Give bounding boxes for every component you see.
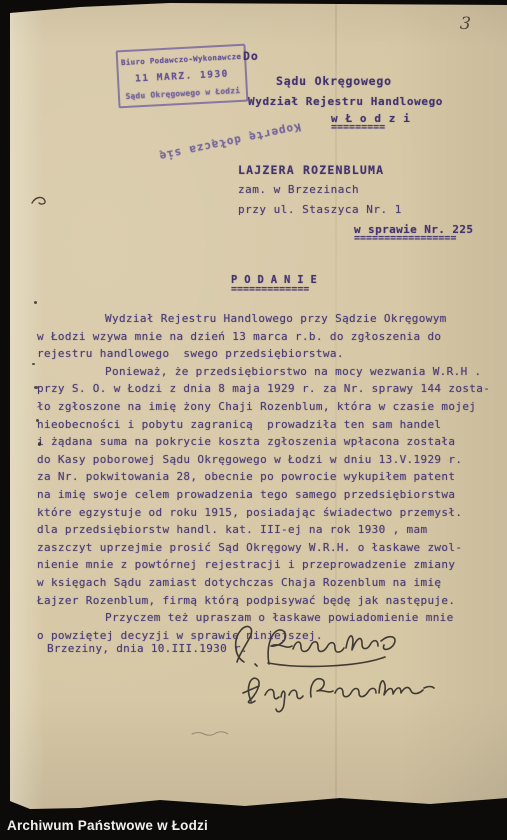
pencil-smudge xyxy=(190,728,230,738)
margin-dot xyxy=(32,363,35,365)
body-line: w Łodzi wzywa mnie na dzień 13 marca r.b… xyxy=(37,328,499,346)
body-line: i żądana suma na pokrycie koszta zgłosze… xyxy=(37,433,499,451)
document-scan: Biuro Podawczo-Wykonawcze 11 MARZ. 1930 … xyxy=(0,0,507,840)
body-line: do Kasy poborowej Sądu Okręgowego w Łodz… xyxy=(37,451,499,469)
recipient-city-underline: ========= xyxy=(331,125,385,131)
body-line: które egzystuje od roku 1915, posiadając… xyxy=(37,504,499,522)
body-line: zaszczyt uprzejmie prosić Sąd Okręgowy W… xyxy=(37,539,499,557)
body-line: nieobecności i pobytu zagranicą prowadzi… xyxy=(37,416,499,434)
archive-footer-bar: Archiwum Państwowe w Łodzi xyxy=(0,810,507,840)
registry-stamp-court: Sądu Okręgowego w Łodzi xyxy=(125,85,240,100)
body-lines: Wydział Rejestru Handlowego przy Sądzie … xyxy=(37,310,499,644)
registry-stamp-office: Biuro Podawczo-Wykonawcze xyxy=(121,51,242,66)
body-line: w księgach Sądu zamiast dotychczas Chaja… xyxy=(37,574,499,592)
body-line: Wydział Rejestru Handlowego przy Sądzie … xyxy=(37,310,499,328)
body-line: przy S. O. w Łodzi z dnia 8 maja 1929 r.… xyxy=(37,380,499,398)
registry-stamp: Biuro Podawczo-Wykonawcze 11 MARZ. 1930 … xyxy=(116,44,249,109)
recipient-salutation: Do xyxy=(243,49,259,63)
heading-underline: ============= xyxy=(231,287,309,293)
paper: Biuro Podawczo-Wykonawcze 11 MARZ. 1930 … xyxy=(10,0,507,812)
body-line: nienie mnie z powtórnej rejestracji i pr… xyxy=(37,556,499,574)
body-line: Łajzer Rozenblum, firmą którą podpisywać… xyxy=(37,592,499,610)
body-line: dla przedsiębiorstw handl. kat. III-ej n… xyxy=(37,521,499,539)
signature-2 xyxy=(236,666,436,714)
registry-stamp-date: 11 MARZ. 1930 xyxy=(135,68,229,84)
margin-curl-mark xyxy=(30,194,50,208)
body-line: ło zgłoszone na imię żony Chaji Rozenblu… xyxy=(37,398,499,416)
margin-dot xyxy=(36,419,39,422)
recipient-court: Sądu Okręgowego xyxy=(276,74,392,88)
margin-dot xyxy=(34,386,38,389)
note-stamp: Kopertę dołącza się xyxy=(140,117,302,166)
petitioner-name: LAJZERA ROZENBLUMA xyxy=(238,163,384,177)
date-place-line: Brzeziny, dnia 10.III.1930 r. xyxy=(47,642,248,655)
body-line: za Nr. pokwitowania 28, obecnie po powro… xyxy=(37,468,499,486)
archive-name-label: Archiwum Państwowe w Łodzi xyxy=(0,818,208,833)
margin-dot xyxy=(38,442,41,446)
page-number: 3 xyxy=(459,14,471,35)
recipient-department: Wydział Rejestru Handlowego xyxy=(248,95,443,108)
case-reference-underline: ================= xyxy=(354,236,456,242)
petitioner-street: przy ul. Staszyca Nr. 1 xyxy=(238,203,402,216)
petitioner-residence: zam. w Brzezinach xyxy=(238,183,359,196)
margin-dot xyxy=(34,301,37,304)
body-line: rejestru handlowego swego przedsiębiorst… xyxy=(37,345,499,363)
body-line: Ponieważ, że przedsiębiorstwo na mocy we… xyxy=(37,363,499,381)
body-line: na imię swoje celem prowadzenia tego sam… xyxy=(37,486,499,504)
